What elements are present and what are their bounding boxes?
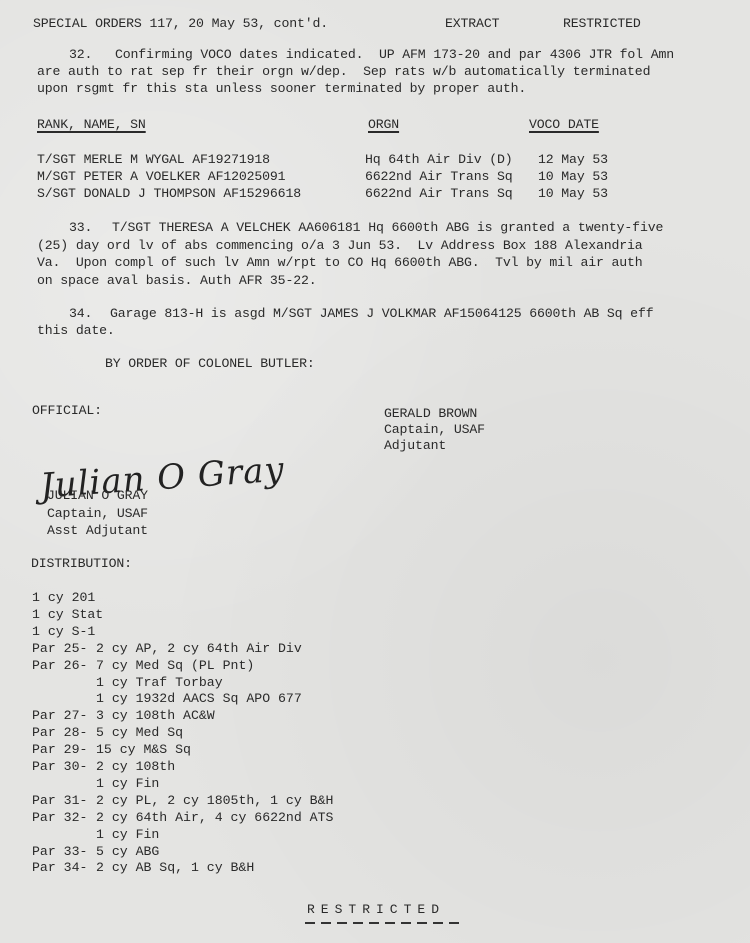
- distribution-par: Par 29-: [32, 741, 96, 758]
- underline-dash: [337, 922, 347, 924]
- paragraph-32-line-3: upon rsgmt fr this sta unless sooner ter…: [37, 80, 526, 97]
- paragraph-32-line-1: Confirming VOCO dates indicated. UP AFM …: [115, 46, 674, 63]
- column-header-orgn: ORGN: [368, 116, 399, 133]
- distribution-par: Par 28-: [32, 724, 96, 741]
- row-rank-name-sn: S/SGT DONALD J THOMPSON AF15296618: [37, 185, 301, 202]
- distribution-par: Par 33-: [32, 843, 96, 860]
- list-item: Par 33-5 cy ABG: [32, 843, 159, 860]
- underline-dash: [369, 922, 379, 924]
- list-item: Par 26-7 cy Med Sq (PL Pnt): [32, 657, 254, 674]
- underline-dash: [305, 922, 315, 924]
- distribution-par: Par 31-: [32, 792, 96, 809]
- paragraph-34-number: 34.: [69, 305, 92, 322]
- paragraph-33-line-4: on space aval basis. Auth AFR 35-22.: [37, 272, 317, 289]
- row-rank-name-sn: T/SGT MERLE M WYGAL AF19271918: [37, 151, 270, 168]
- distribution-text: 1 cy 201: [32, 590, 95, 605]
- list-item: Par 34-2 cy AB Sq, 1 cy B&H: [32, 859, 254, 876]
- underline-dash: [417, 922, 427, 924]
- distribution-par: Par 25-: [32, 640, 96, 657]
- list-item: 1 cy Fin: [32, 775, 159, 792]
- distribution-text: 2 cy 108th: [96, 759, 175, 774]
- list-item: 1 cy S-1: [32, 623, 95, 640]
- signer-title: Asst Adjutant: [47, 522, 148, 539]
- row-voco-date: 12 May 53: [538, 151, 608, 168]
- list-item: Par 31-2 cy PL, 2 cy 1805th, 1 cy B&H: [32, 792, 333, 809]
- distribution-text: 5 cy Med Sq: [96, 725, 183, 740]
- underline-dash: [401, 922, 411, 924]
- row-rank-name-sn: M/SGT PETER A VOELKER AF12025091: [37, 168, 285, 185]
- paragraph-34-line-2: this date.: [37, 322, 115, 339]
- distribution-text: 3 cy 108th AC&W: [96, 708, 215, 723]
- column-header-rank-name-sn: RANK, NAME, SN: [37, 116, 146, 133]
- distribution-par: Par 26-: [32, 657, 96, 674]
- paragraph-33-line-2: (25) day ord lv of abs commencing o/a 3 …: [37, 237, 643, 254]
- list-item: Par 25-2 cy AP, 2 cy 64th Air Div: [32, 640, 302, 657]
- signer-name: JULIAN O GRAY: [47, 487, 148, 504]
- list-item: Par 30-2 cy 108th: [32, 758, 175, 775]
- paragraph-34-line-1: Garage 813-H is asgd M/SGT JAMES J VOLKM…: [110, 305, 653, 322]
- list-item: 1 cy Traf Torbay: [32, 674, 223, 691]
- row-voco-date: 10 May 53: [538, 185, 608, 202]
- distribution-label: DISTRIBUTION:: [31, 555, 132, 572]
- distribution-text: 2 cy PL, 2 cy 1805th, 1 cy B&H: [96, 793, 333, 808]
- distribution-text: 1 cy Fin: [96, 776, 159, 791]
- list-item: 1 cy 1932d AACS Sq APO 677: [32, 690, 302, 707]
- underline-dash: [449, 922, 459, 924]
- paragraph-33-number: 33.: [69, 219, 92, 236]
- classification-header: RESTRICTED: [563, 15, 641, 32]
- order-title: SPECIAL ORDERS 117, 20 May 53, cont'd.: [33, 15, 328, 32]
- distribution-text: 2 cy AP, 2 cy 64th Air Div: [96, 641, 302, 656]
- extract-label: EXTRACT: [445, 15, 499, 32]
- row-orgn: 6622nd Air Trans Sq: [365, 185, 513, 202]
- classification-footer: RESTRICTED: [307, 902, 445, 917]
- distribution-text: 2 cy 64th Air, 4 cy 6622nd ATS: [96, 810, 333, 825]
- distribution-par: Par 30-: [32, 758, 96, 775]
- commander-rank: Captain, USAF: [384, 421, 485, 438]
- distribution-text: 1 cy Fin: [96, 827, 159, 842]
- list-item: Par 28-5 cy Med Sq: [32, 724, 183, 741]
- list-item: Par 32-2 cy 64th Air, 4 cy 6622nd ATS: [32, 809, 333, 826]
- distribution-text: 15 cy M&S Sq: [96, 742, 191, 757]
- row-orgn: Hq 64th Air Div (D): [365, 151, 513, 168]
- official-label: OFFICIAL:: [32, 402, 102, 419]
- distribution-text: 1 cy Traf Torbay: [96, 675, 223, 690]
- distribution-text: 1 cy Stat: [32, 607, 103, 622]
- distribution-par: Par 32-: [32, 809, 96, 826]
- list-item: 1 cy 201: [32, 589, 95, 606]
- document-page: SPECIAL ORDERS 117, 20 May 53, cont'd. E…: [0, 0, 750, 943]
- distribution-text: 1 cy S-1: [32, 624, 95, 639]
- distribution-par: Par 27-: [32, 707, 96, 724]
- row-voco-date: 10 May 53: [538, 168, 608, 185]
- by-order-line: BY ORDER OF COLONEL BUTLER:: [105, 355, 315, 372]
- distribution-text: 7 cy Med Sq (PL Pnt): [96, 658, 254, 673]
- commander-name: GERALD BROWN: [384, 405, 477, 422]
- distribution-text: 2 cy AB Sq, 1 cy B&H: [96, 860, 254, 875]
- underline-dash: [353, 922, 363, 924]
- paragraph-32-number: 32.: [69, 46, 92, 63]
- list-item: 1 cy Stat: [32, 606, 103, 623]
- list-item: Par 29-15 cy M&S Sq: [32, 741, 191, 758]
- distribution-text: 5 cy ABG: [96, 844, 159, 859]
- paragraph-33-line-3: Va. Upon compl of such lv Amn w/rpt to C…: [37, 254, 643, 271]
- underline-dash: [385, 922, 395, 924]
- paragraph-33-line-1: T/SGT THERESA A VELCHEK AA606181 Hq 6600…: [112, 219, 663, 236]
- row-orgn: 6622nd Air Trans Sq: [365, 168, 513, 185]
- underline-dash: [321, 922, 331, 924]
- commander-title: Adjutant: [384, 437, 446, 454]
- list-item: 1 cy Fin: [32, 826, 159, 843]
- column-header-voco-date: VOCO DATE: [529, 116, 599, 133]
- underline-dash: [433, 922, 443, 924]
- distribution-text: 1 cy 1932d AACS Sq APO 677: [96, 691, 302, 706]
- paragraph-32-line-2: are auth to rat sep fr their orgn w/dep.…: [37, 63, 650, 80]
- signer-rank: Captain, USAF: [47, 505, 148, 522]
- list-item: Par 27-3 cy 108th AC&W: [32, 707, 215, 724]
- distribution-par: Par 34-: [32, 859, 96, 876]
